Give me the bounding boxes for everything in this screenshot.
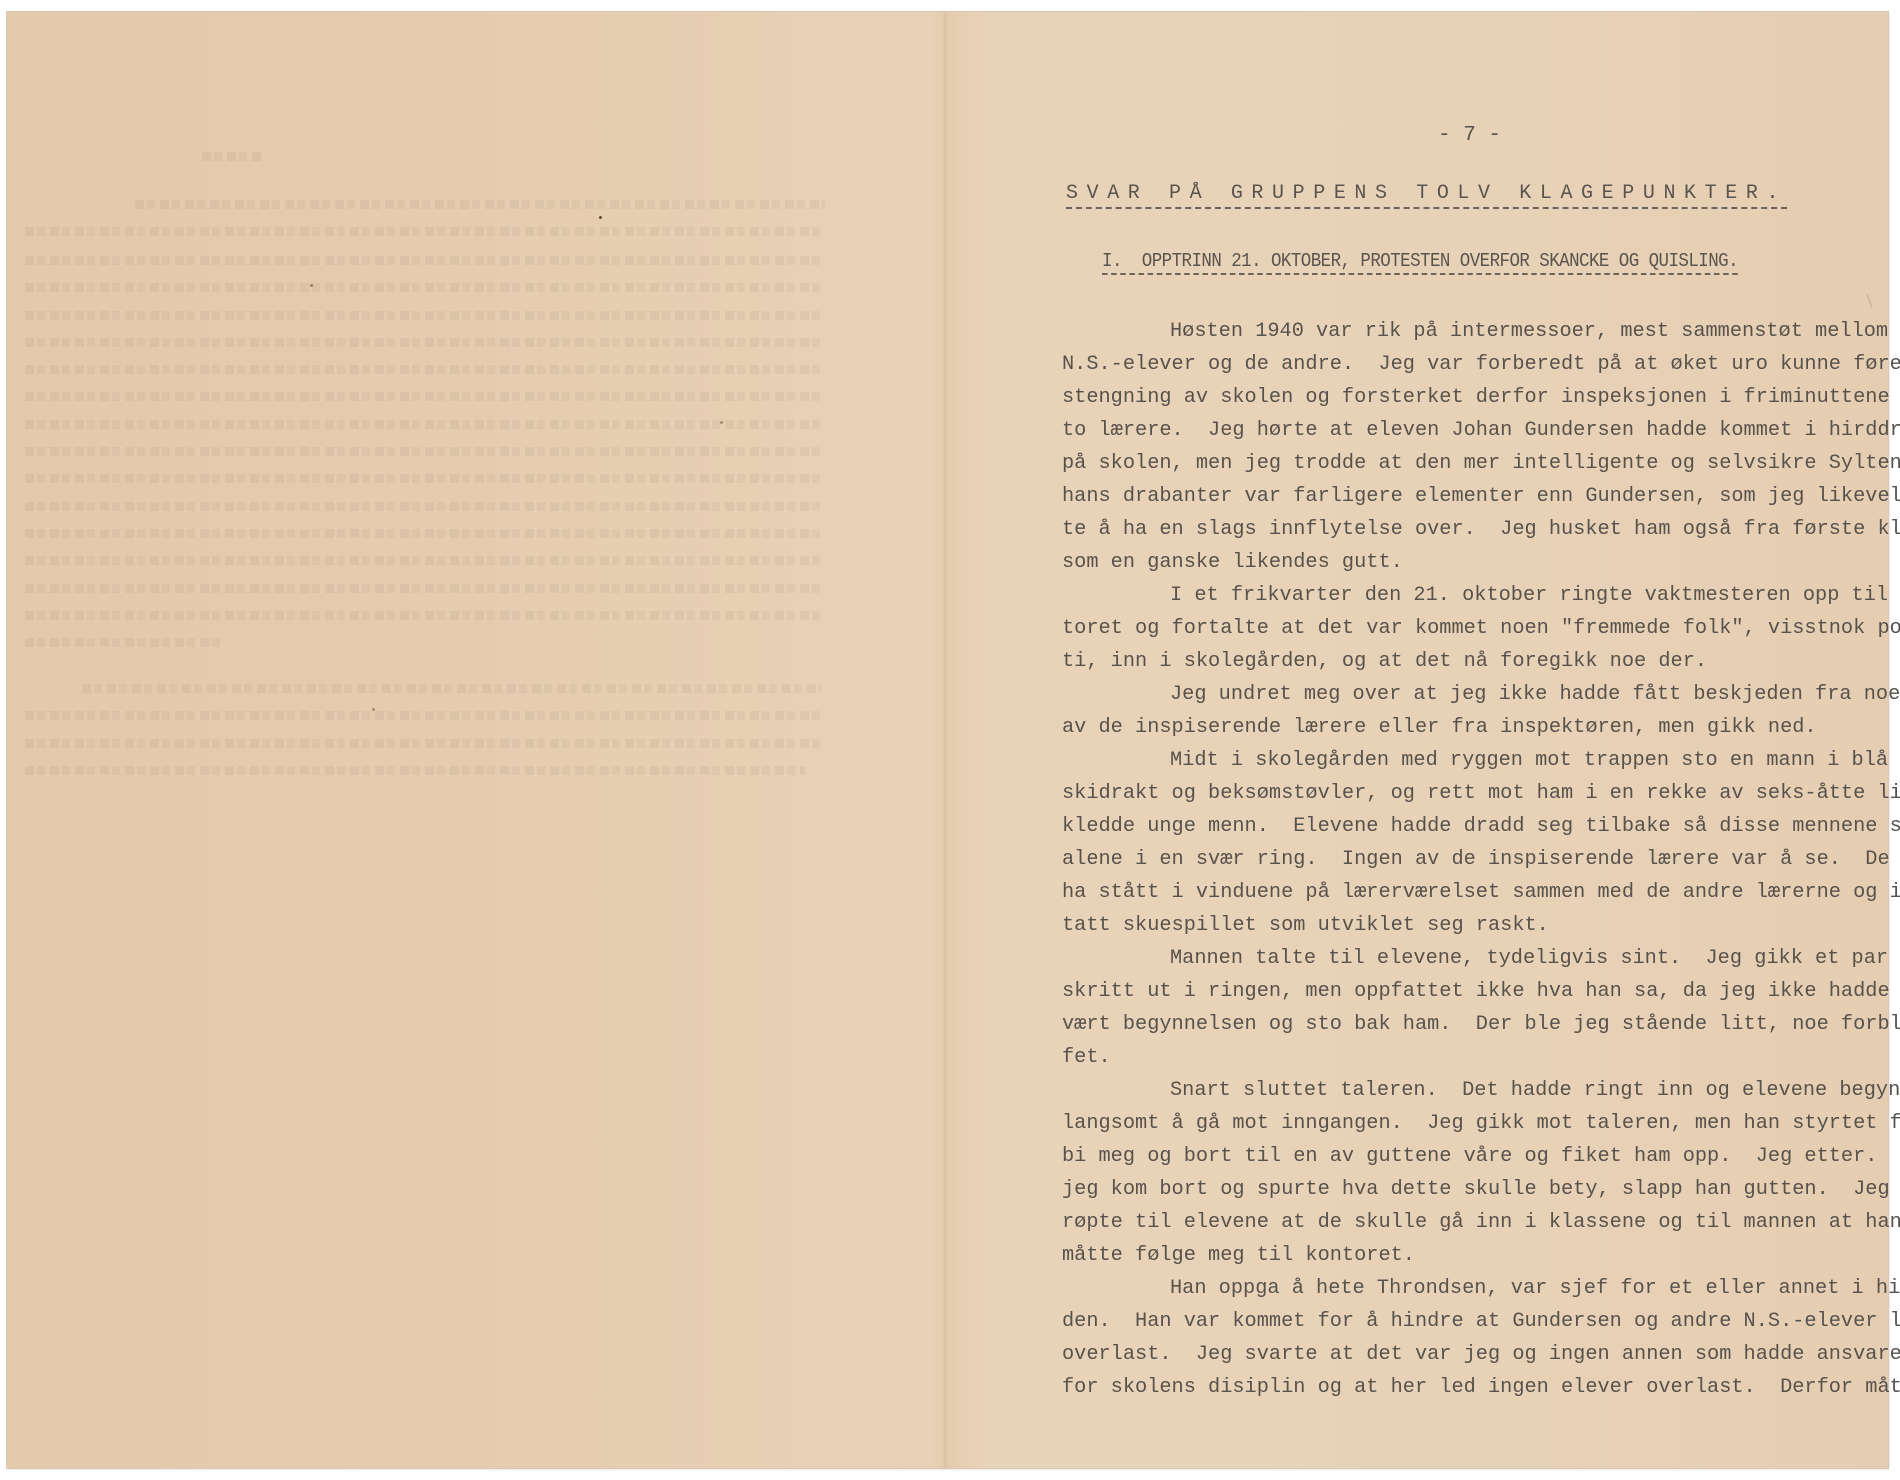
bleed-through-line	[25, 529, 825, 538]
bleed-through-line	[25, 227, 825, 236]
bleed-through-line	[25, 392, 825, 401]
left-page	[7, 12, 945, 1468]
bleed-through-line	[202, 152, 262, 161]
text-line: ti, inn i skolegården, og at det nå fore…	[1062, 645, 1882, 678]
text-line: fet.	[1062, 1041, 1882, 1074]
text-line: tatt skuespillet som utviklet seg raskt.	[1062, 909, 1882, 942]
bleed-through-line	[25, 311, 825, 320]
text-line: skritt ut i ringen, men oppfattet ikke h…	[1062, 975, 1882, 1008]
text-line: overlast. Jeg svarte at det var jeg og i…	[1062, 1338, 1882, 1371]
document-spread: - 7 - SVAR PÅ GRUPPENS TOLV KLAGEPUNKTER…	[7, 12, 1888, 1468]
bleed-through-line	[25, 502, 825, 511]
bleed-through-line	[25, 365, 825, 374]
text-line: måtte følge meg til kontoret.	[1062, 1239, 1882, 1272]
bleed-through-line	[25, 283, 825, 292]
pencil-mark	[1867, 294, 1873, 307]
bleed-through-line	[25, 556, 825, 565]
text-line: hans drabanter var farligere elementer e…	[1062, 480, 1882, 513]
text-line: skidrakt og beksømstøvler, og rett mot h…	[1062, 777, 1882, 810]
page-title: SVAR PÅ GRUPPENS TOLV KLAGEPUNKTER.	[1066, 182, 1787, 209]
text-line: vært begynnelsen og sto bak ham. Der ble…	[1062, 1008, 1882, 1041]
text-line: for skolens disiplin og at her led ingen…	[1062, 1371, 1882, 1404]
text-line: bi meg og bort til en av guttene våre og…	[1062, 1140, 1882, 1173]
bleed-through-line	[135, 200, 825, 209]
right-page: - 7 - SVAR PÅ GRUPPENS TOLV KLAGEPUNKTER…	[945, 12, 1888, 1468]
bleed-through-line	[82, 684, 822, 693]
text-line: stengning av skolen og forsterket derfor…	[1062, 381, 1882, 414]
paper-speck	[372, 708, 375, 711]
bleed-through-line	[25, 256, 825, 265]
bleed-through-line	[25, 638, 225, 647]
paper-speck	[599, 216, 602, 219]
text-line: Midt i skolegården med ryggen mot trappe…	[1062, 744, 1882, 777]
bleed-through-line	[25, 338, 825, 347]
page-number: - 7 -	[1438, 124, 1501, 147]
text-line: den. Han var kommet for å hindre at Gund…	[1062, 1305, 1882, 1338]
text-line: ha stått i vinduene på lærerværelset sam…	[1062, 876, 1882, 909]
bleed-through-line	[25, 711, 825, 720]
text-line: av de inspiserende lærere eller fra insp…	[1062, 711, 1882, 744]
text-line: I et frikvarter den 21. oktober ringte v…	[1062, 579, 1882, 612]
text-line: N.S.-elever og de andre. Jeg var forbere…	[1062, 348, 1882, 381]
text-line: to lærere. Jeg hørte at eleven Johan Gun…	[1062, 414, 1882, 447]
section-heading: I. OPPTRINN 21. OKTOBER, PROTESTEN OVERF…	[1102, 250, 1738, 275]
bleed-through-line	[25, 584, 825, 593]
paper-speck	[720, 421, 723, 424]
bleed-through-line	[25, 420, 825, 429]
text-line: som en ganske likendes gutt.	[1062, 546, 1882, 579]
text-line: te å ha en slags innflytelse over. Jeg h…	[1062, 513, 1882, 546]
bleed-through-line	[25, 739, 825, 748]
paper-speck	[310, 284, 313, 287]
text-line: Jeg undret meg over at jeg ikke hadde få…	[1062, 678, 1882, 711]
text-line: kledde unge menn. Elevene hadde dradd se…	[1062, 810, 1882, 843]
text-line: Han oppga å hete Throndsen, var sjef for…	[1062, 1272, 1882, 1305]
text-line: alene i en svær ring. Ingen av de inspis…	[1062, 843, 1882, 876]
text-line: toret og fortalte at det var kommet noen…	[1062, 612, 1882, 645]
text-line: Høsten 1940 var rik på intermessoer, mes…	[1062, 315, 1882, 348]
text-line: jeg kom bort og spurte hva dette skulle …	[1062, 1173, 1882, 1206]
bleed-through-line	[25, 447, 825, 456]
body-text: Høsten 1940 var rik på intermessoer, mes…	[1062, 315, 1882, 1404]
bleed-through-line	[25, 474, 825, 483]
text-line: langsomt å gå mot inngangen. Jeg gikk mo…	[1062, 1107, 1882, 1140]
text-line: Snart sluttet taleren. Det hadde ringt i…	[1062, 1074, 1882, 1107]
bleed-through-line	[25, 766, 805, 775]
text-line: på skolen, men jeg trodde at den mer int…	[1062, 447, 1882, 480]
text-line: røpte til elevene at de skulle gå inn i …	[1062, 1206, 1882, 1239]
bleed-through-line	[25, 611, 825, 620]
text-line: Mannen talte til elevene, tydeligvis sin…	[1062, 942, 1882, 975]
